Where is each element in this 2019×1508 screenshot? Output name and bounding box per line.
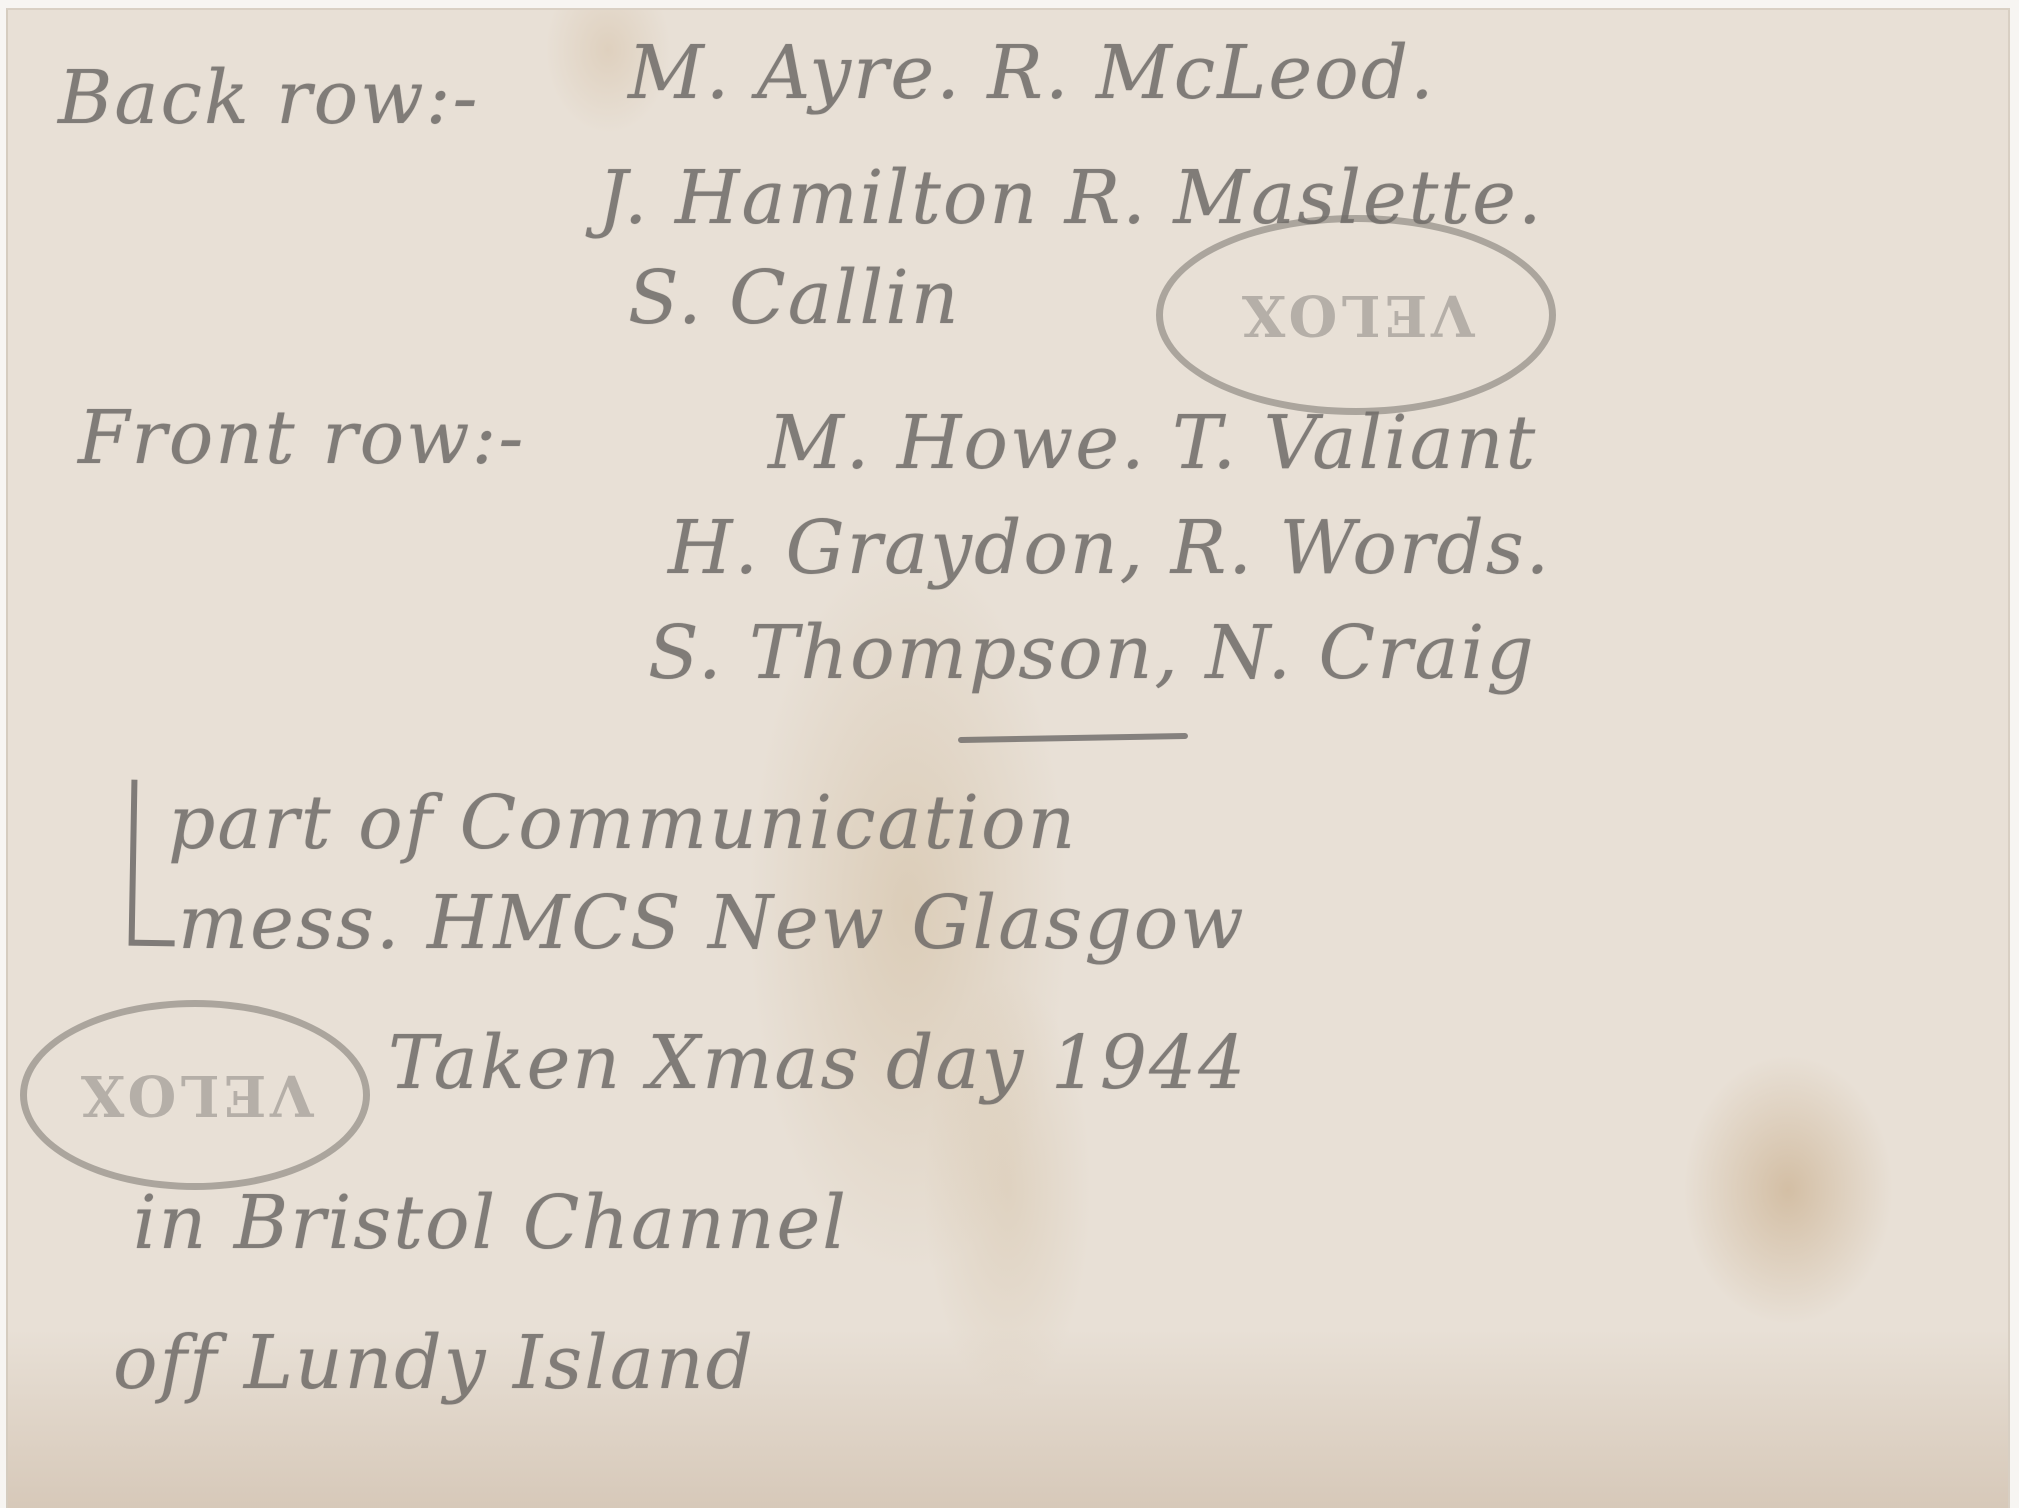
front-row-line1: M. Howe. T. Valiant — [768, 400, 1537, 486]
caption-line5: off Lundy Island — [113, 1320, 755, 1406]
caption-line1: part of Communication — [168, 780, 1077, 866]
thompson-underline — [958, 733, 1188, 743]
velox-stamp-lower-text: VELOX — [77, 1062, 314, 1128]
front-row-line2: H. Graydon, R. Words. — [668, 505, 1551, 591]
caption-line2: mess. HMCS New Glasgow — [178, 880, 1246, 966]
back-row-line3: S. Callin — [628, 255, 961, 341]
back-row-line2: J. Hamilton R. Maslette. — [598, 155, 1543, 241]
caption-line4: in Bristol Channel — [133, 1180, 848, 1266]
front-row-line3: S. Thompson, N. Craig — [648, 610, 1536, 696]
front-row-label: Front row:- — [78, 395, 525, 481]
velox-stamp-lower: VELOX — [20, 1000, 370, 1190]
back-row-label: Back row:- — [58, 55, 480, 141]
caption-line3: Taken Xmas day 1944 — [388, 1020, 1247, 1106]
velox-stamp-upper-text: VELOX — [1238, 282, 1475, 348]
photo-back-card: VELOX VELOX Back row:- M. Ayre. R. McLeo… — [6, 8, 2010, 1508]
velox-stamp-upper: VELOX — [1156, 215, 1556, 415]
back-row-line1: M. Ayre. R. McLeod. — [628, 30, 1436, 116]
